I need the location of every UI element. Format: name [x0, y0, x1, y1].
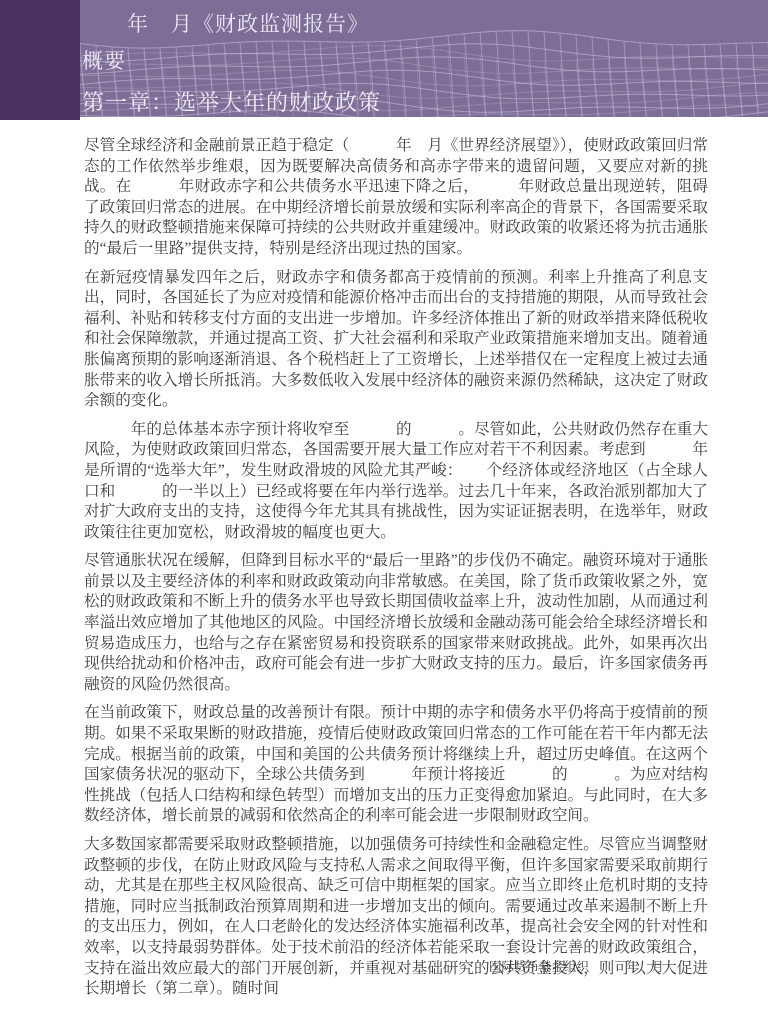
document-body: 尽管全球经济和金融前景正趋于稳定（ 年 月《世界经济展望》），使财政政策回归常态…	[84, 136, 708, 1008]
paragraph-consolidation-recommendations: 大多数国家都需要采取财政整顿措施，以加强债务可持续性和金融稳定性。尽管应当调整财…	[84, 835, 708, 1000]
footer-text: 国际货币基金组织 年 月	[489, 960, 664, 974]
header-corner-block	[0, 0, 80, 120]
page-header: 年 月《财政监测报告》 概要 第一章：选举大年的财政政策	[0, 0, 768, 121]
summary-heading: 概要	[82, 45, 126, 75]
chapter-heading: 第一章：选举大年的财政政策	[82, 86, 381, 117]
page-footer: 国际货币基金组织 年 月	[489, 957, 664, 975]
paragraph-debt-outlook: 在当前政策下，财政总量的改善预计有限。预计中期的赤字和债务水平仍将高于疫情前的预…	[84, 703, 708, 827]
report-page: 年 月《财政监测报告》 概要 第一章：选举大年的财政政策 尽管全球经济和金融前景…	[0, 0, 768, 1024]
paragraph-pandemic-aftermath: 在新冠疫情暴发四年之后，财政赤字和债务都高于疫情前的预测。利率上升推高了利息支出…	[84, 268, 708, 412]
report-title: 年 月《财政监测报告》	[127, 8, 369, 38]
paragraph-inflation-financing: 尽管通胀状况在缓解，但降到目标水平的“最后一里路”的步伐仍不确定。融资环境对于通…	[84, 551, 708, 695]
paragraph-election-year-risks: 年的总体基本赤字预计将收窄至 的 。尽管如此，公共财政仍然存在重大风险，为使财政…	[84, 420, 708, 544]
paragraph-overview: 尽管全球经济和金融前景正趋于稳定（ 年 月《世界经济展望》），使财政政策回归常态…	[84, 136, 708, 260]
